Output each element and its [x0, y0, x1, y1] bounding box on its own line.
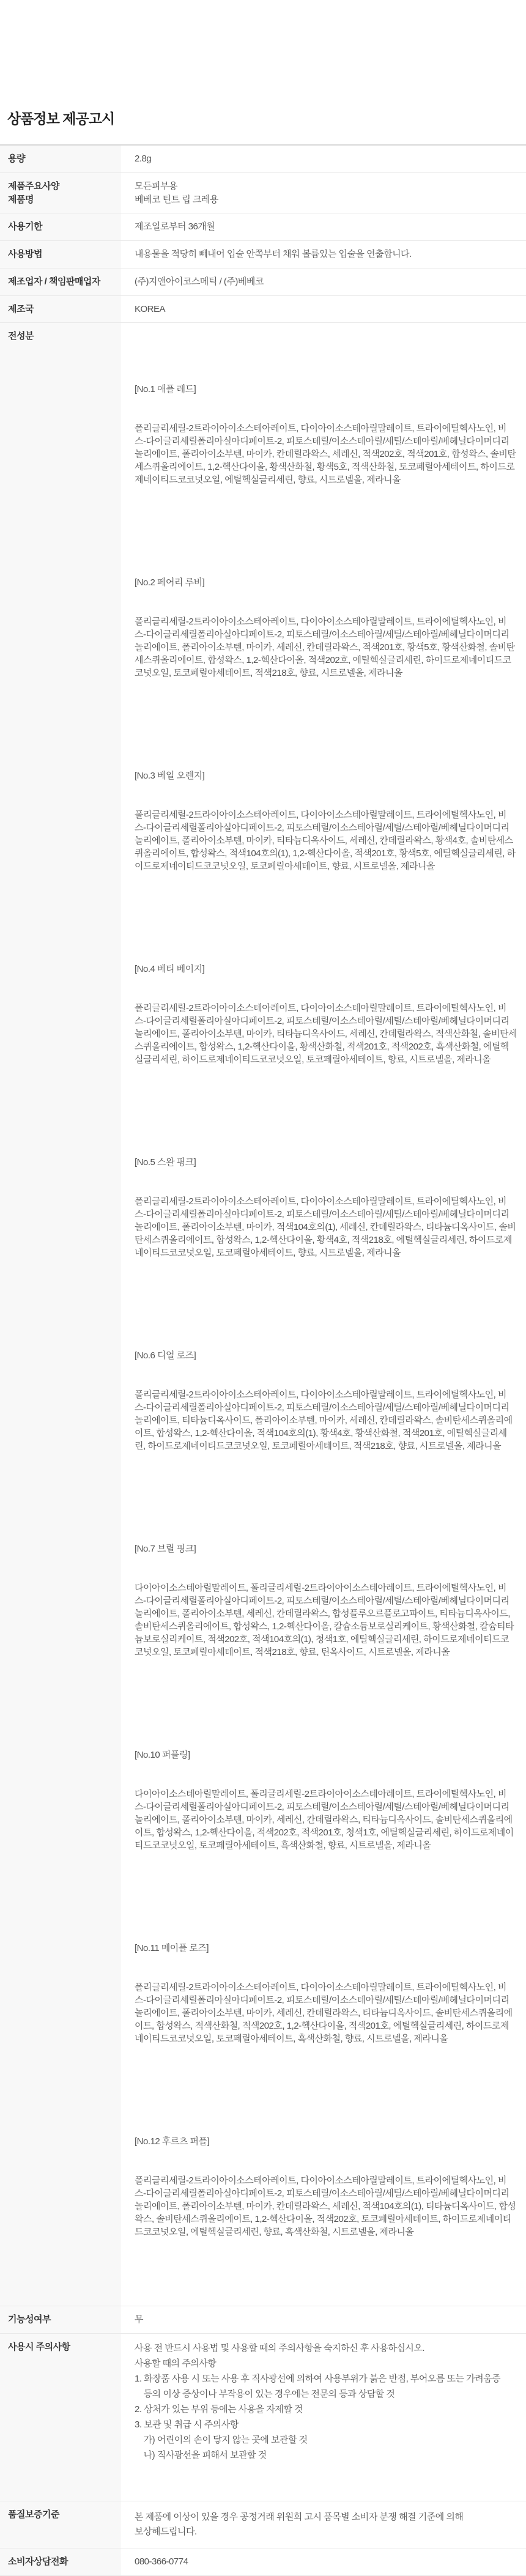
table-row-product-spec-name: 제품주요사양 제품명 모든피부용 베베코 틴트 립 크레용 [0, 173, 526, 214]
ingredient-body: 폴리글리세릴-2트라이아이소스테아레이트, 다이아이소스테아릴말레이트, 트라이… [135, 1981, 517, 2045]
ingredient-list: [No.1 애플 레드] 폴리글리세릴-2트라이아이소스테아레이트, 다이아이소… [121, 323, 526, 2306]
row-label: 제조업자 / 책임판매업자 [0, 268, 121, 295]
table-row-usage: 사용방법 내용물을 적당히 빼내어 입술 안쪽부터 채워 볼륨있는 입술을 연출… [0, 241, 526, 268]
row-value: (주)지앤아이코스메틱 / (주)베베코 [121, 268, 526, 295]
row-label: 제조국 [0, 296, 121, 323]
row-label: 소비자상담전화 [0, 2548, 121, 2575]
row-label: 품질보증기준 [0, 2501, 121, 2548]
ingredient-shade-name: [No.11 메이플 로즈] [135, 1942, 517, 1955]
ingredient-body: 폴리글리세릴-2트라이아이소스테아레이트, 다이아이소스테아릴말레이트, 트라이… [135, 2174, 517, 2238]
ingredient-item: [No.12 후르츠 퍼플] 폴리글리세릴-2트라이아이소스테아레이트, 다이아… [135, 2109, 517, 2264]
table-row-customer-phone: 소비자상담전화 080-366-0774 [0, 2548, 526, 2575]
ingredient-item: [No.5 스완 핑크] 폴리글리세릴-2트라이아이소스테아레이트, 다이아이소… [135, 1130, 517, 1285]
ingredient-shade-name: [No.7 브릴 핑크] [135, 1542, 517, 1555]
row-value: 제조일로부터 36개월 [121, 213, 526, 240]
row-label: 기능성여부 [0, 2306, 121, 2333]
row-value: 2.8g [121, 146, 526, 172]
ingredient-body: 폴리글리세릴-2트라이아이소스테아레이트, 다이아이소스테아릴말레이트, 트라이… [135, 422, 517, 486]
ingredient-item: [No.10 퍼플링] 다이아이소스테아릴말레이트, 폴리글리세릴-2트라이아이… [135, 1723, 517, 1878]
ingredient-body: 폴리글리세릴-2트라이아이소스테아레이트, 다이아이소스테아릴말레이트, 트라이… [135, 1195, 517, 1259]
ingredient-item: [No.4 베티 베이지] 폴리글리세릴-2트라이아이소스테아레이트, 다이아이… [135, 937, 517, 1092]
row-label: 제품주요사양 제품명 [0, 173, 121, 213]
table-row-volume: 용량 2.8g [0, 146, 526, 173]
ingredient-shade-name: [No.3 베일 오렌지] [135, 769, 517, 782]
ingredient-item: [No.7 브릴 핑크] 다이아이소스테아릴말레이트, 폴리글리세릴-2트라이아… [135, 1517, 517, 1684]
row-label: 사용방법 [0, 241, 121, 268]
table-row-expiration: 사용기한 제조일로부터 36개월 [0, 213, 526, 241]
ingredient-shade-name: [No.1 애플 레드] [135, 383, 517, 396]
ingredient-item: [No.3 베일 오렌지] 폴리글리세릴-2트라이아이소스테아레이트, 다이아이… [135, 744, 517, 898]
ingredient-item: [No.6 디얼 로즈] 폴리글리세릴-2트라이아이소스테아레이트, 다이아이소… [135, 1323, 517, 1478]
table-row-manufacturer: 제조업자 / 책임판매업자 (주)지앤아이코스메틱 / (주)베베코 [0, 268, 526, 296]
table-row-functional: 기능성여부 무 [0, 2306, 526, 2334]
ingredient-item: [No.2 페어리 루비] 폴리글리세릴-2트라이아이소스테아레이트, 다이아이… [135, 550, 517, 705]
row-label: 사용시 주의사항 [0, 2334, 121, 2501]
ingredient-body: 폴리글리세릴-2트라이아이소스테아레이트, 다이아이소스테아릴말레이트, 트라이… [135, 1002, 517, 1066]
ingredient-shade-name: [No.2 페어리 루비] [135, 576, 517, 589]
ingredient-body: 다이아이소스테아릴말레이트, 폴리글리세릴-2트라이아이소스테아레이트, 트라이… [135, 1788, 517, 1852]
ingredient-body: 폴리글리세릴-2트라이아이소스테아레이트, 다이아이소스테아릴말레이트, 트라이… [135, 615, 517, 679]
row-value: 본 제품에 이상이 있을 경우 공정거래 위원회 고시 품목별 소비자 분쟁 해… [121, 2501, 526, 2548]
row-value: 모든피부용 베베코 틴트 립 크레용 [121, 173, 526, 213]
table-row-warranty: 품질보증기준 본 제품에 이상이 있을 경우 공정거래 위원회 고시 품목별 소… [0, 2501, 526, 2548]
table-row-caution: 사용시 주의사항 사용 전 반드시 사용법 및 사용할 때의 주의사항을 숙지하… [0, 2334, 526, 2501]
row-value: KOREA [121, 296, 526, 323]
row-label: 사용기한 [0, 213, 121, 240]
ingredient-item: [No.1 애플 레드] 폴리글리세릴-2트라이아이소스테아레이트, 다이아이소… [135, 357, 517, 512]
ingredient-body: 다이아이소스테아릴말레이트, 폴리글리세릴-2트라이아이소스테아레이트, 트라이… [135, 1582, 517, 1659]
ingredient-item: [No.11 메이플 로즈] 폴리글리세릴-2트라이아이소스테아레이트, 다이아… [135, 1916, 517, 2071]
ingredient-shade-name: [No.4 베티 베이지] [135, 963, 517, 975]
row-label: 전성분 [0, 323, 121, 2306]
row-value: 무 [121, 2306, 526, 2333]
row-value: 사용 전 반드시 사용법 및 사용할 때의 주의사항을 숙지하신 후 사용하십시… [121, 2334, 526, 2501]
row-value: 080-366-0774 [121, 2548, 526, 2575]
ingredient-shade-name: [No.12 후르츠 퍼플] [135, 2135, 517, 2148]
ingredient-shade-name: [No.6 디얼 로즈] [135, 1349, 517, 1362]
row-label: 용량 [0, 146, 121, 172]
page-title: 상품정보 제공고시 [7, 108, 526, 128]
table-row-country: 제조국 KOREA [0, 296, 526, 324]
product-spec-table: 용량 2.8g 제품주요사양 제품명 모든피부용 베베코 틴트 립 크레용 사용… [0, 144, 526, 2576]
product-info-page: 상품정보 제공고시 용량 2.8g 제품주요사양 제품명 모든피부용 베베코 틴… [0, 0, 526, 2576]
ingredient-shade-name: [No.5 스완 핑크] [135, 1156, 517, 1169]
ingredient-shade-name: [No.10 퍼플링] [135, 1749, 517, 1761]
ingredient-body: 폴리글리세릴-2트라이아이소스테아레이트, 다이아이소스테아릴말레이트, 트라이… [135, 1388, 517, 1453]
ingredient-body: 폴리글리세릴-2트라이아이소스테아레이트, 다이아이소스테아릴말레이트, 트라이… [135, 809, 517, 873]
table-row-ingredients: 전성분 [No.1 애플 레드] 폴리글리세릴-2트라이아이소스테아레이트, 다… [0, 323, 526, 2306]
row-value: 내용물을 적당히 빼내어 입술 안쪽부터 채워 볼륨있는 입술을 연출합니다. [121, 241, 526, 268]
